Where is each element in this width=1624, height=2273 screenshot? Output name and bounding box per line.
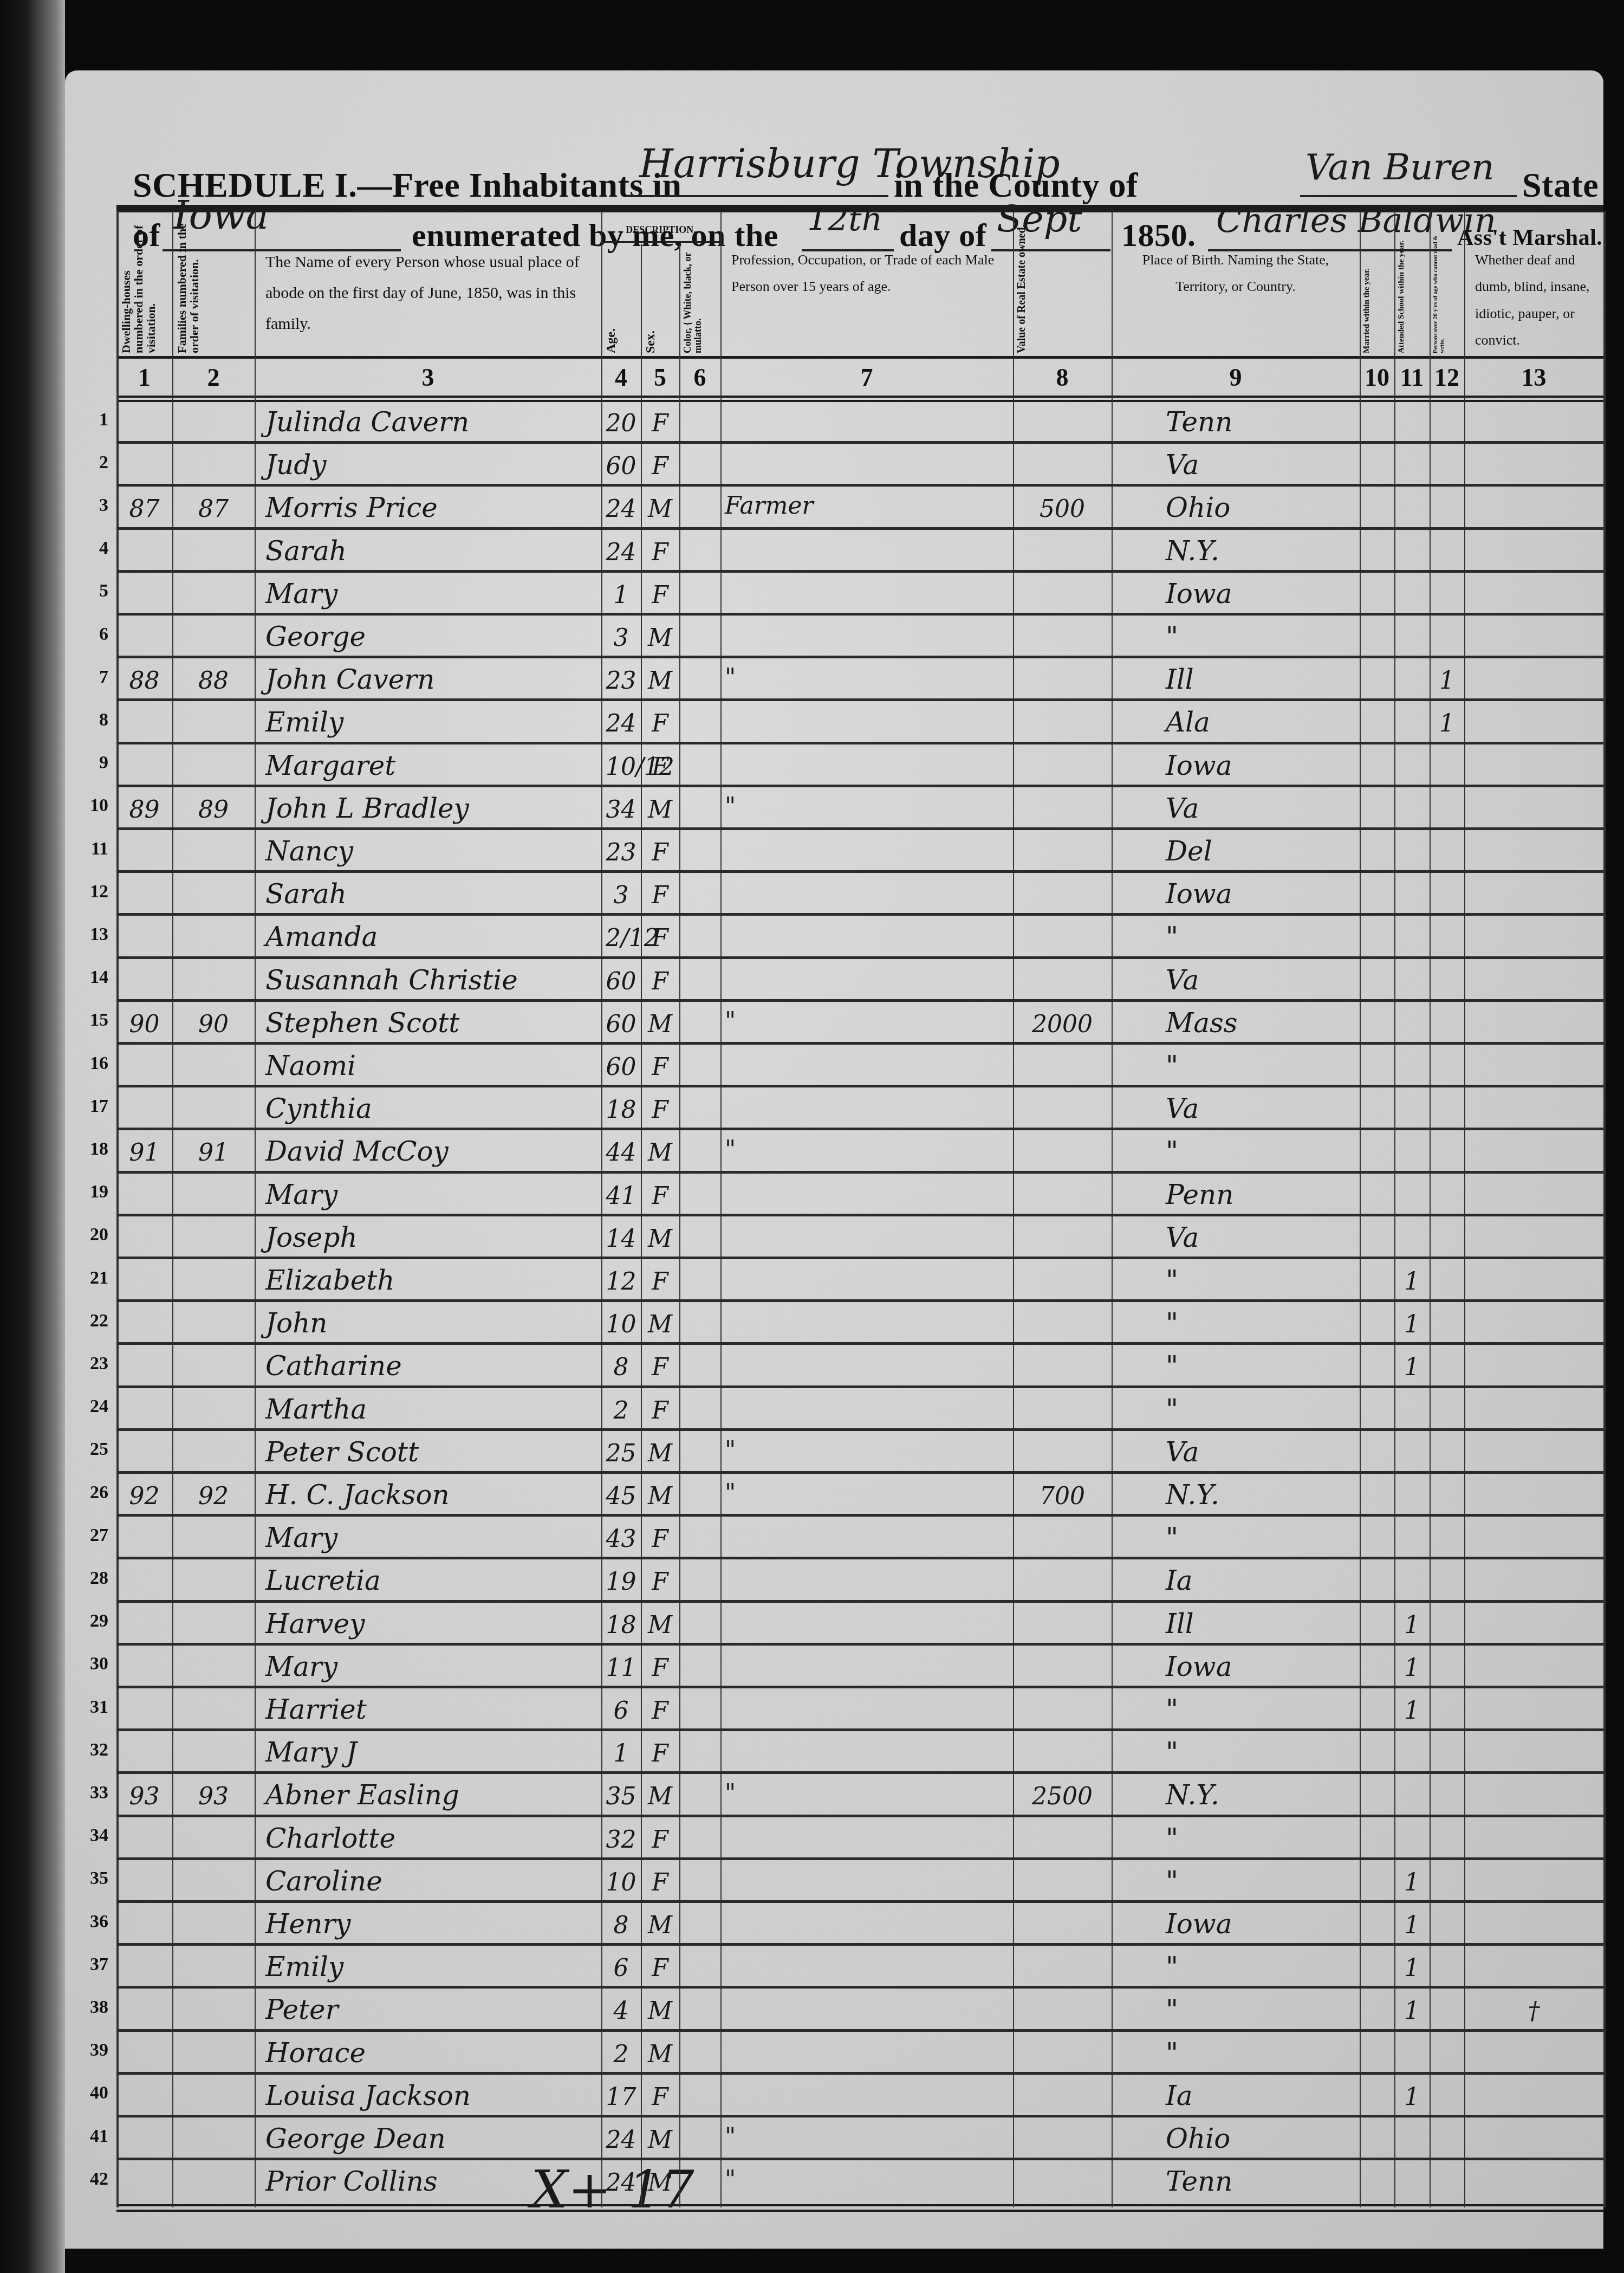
cell-illiterate: 1 <box>1434 710 1460 737</box>
cell-sex: F <box>645 452 675 480</box>
cell-age: 24 <box>606 710 636 737</box>
column-number-8: 8 <box>1013 363 1112 392</box>
line-number: 42 <box>76 2169 108 2190</box>
cell-age: 1 <box>606 581 636 609</box>
cell-sex: M <box>645 1011 675 1038</box>
cell-name: Emily <box>265 1951 601 1983</box>
cell-sex: F <box>645 581 675 609</box>
column-header-12: Persons over 20 y'rs of age who cannot r… <box>1433 219 1461 353</box>
cell-age: 24 <box>606 539 636 566</box>
column-number-11: 11 <box>1394 363 1430 392</box>
column-number-4: 4 <box>601 363 641 392</box>
cell-birthplace: Va <box>1166 1436 1405 1468</box>
cell-birthplace: Va <box>1166 449 1405 481</box>
cell-sex: M <box>645 1482 675 1510</box>
line-number: 17 <box>76 1096 108 1117</box>
cell-name: John <box>265 1307 601 1339</box>
cell-birthplace: Tenn <box>1166 2166 1405 2197</box>
cell-birthplace: Ia <box>1166 2080 1405 2112</box>
column-header-11: Attended School within the year. <box>1398 219 1426 353</box>
cell-sex: F <box>645 1268 675 1296</box>
cell-birthplace: N.Y. <box>1166 1479 1405 1511</box>
cell-sex: F <box>645 1654 675 1682</box>
cell-name: Morris Price <box>265 492 601 523</box>
column-header-2: Families numbered in the order of visita… <box>176 219 251 353</box>
cell-name: Mary <box>265 1522 601 1553</box>
column-number-3: 3 <box>255 363 601 392</box>
cell-age: 23 <box>606 667 636 695</box>
cell-birthplace: Iowa <box>1166 1908 1405 1940</box>
cell-birthplace: " <box>1166 1265 1405 1296</box>
cell-birthplace: Va <box>1166 793 1405 824</box>
cell-sex: F <box>645 710 675 737</box>
cell-name: Naomi <box>265 1050 601 1082</box>
column-number-2: 2 <box>172 363 255 392</box>
cell-birthplace: " <box>1166 1866 1405 1897</box>
cell-name: H. C. Jackson <box>265 1479 601 1511</box>
cell-age: 60 <box>606 1053 636 1081</box>
cell-age: 12 <box>606 1268 636 1296</box>
cell-birthplace: Ala <box>1166 707 1405 738</box>
line-number: 19 <box>76 1182 108 1202</box>
line-number: 3 <box>76 495 108 516</box>
table-bottom-rule-2 <box>116 2210 1603 2212</box>
line-number: 21 <box>76 1268 108 1288</box>
cell-sex: F <box>645 1954 675 1982</box>
cell-occupation: " <box>725 1479 1009 1507</box>
cell-sex: F <box>645 2083 675 2111</box>
line-number: 33 <box>76 1783 108 1803</box>
cell-age: 2 <box>606 2041 636 2068</box>
line-number: 9 <box>76 753 108 773</box>
line-number: 41 <box>76 2126 108 2147</box>
cell-dwelling: 87 <box>121 495 168 523</box>
cell-birthplace: Tenn <box>1166 406 1405 438</box>
line-number: 14 <box>76 967 108 988</box>
cell-name: John Cavern <box>265 664 601 695</box>
cell-age: 60 <box>606 1011 636 1038</box>
cell-dwelling: 91 <box>121 1139 168 1167</box>
cell-birthplace: Ill <box>1166 664 1405 695</box>
cell-family: 89 <box>177 796 250 824</box>
cell-sex: F <box>645 1697 675 1725</box>
cell-occupation: " <box>725 1436 1009 1464</box>
state-label: State <box>1522 165 1599 205</box>
cell-name: Henry <box>265 1908 601 1940</box>
cell-age: 18 <box>606 1611 636 1639</box>
cell-family: 93 <box>177 1783 250 1810</box>
cell-birthplace: " <box>1166 921 1405 953</box>
column-header-7: Profession, Occupation, or Trade of each… <box>731 247 1002 300</box>
cell-birthplace: Iowa <box>1166 750 1405 781</box>
line-number: 40 <box>76 2083 108 2103</box>
cell-name: Lucretia <box>265 1565 601 1596</box>
cell-sex: M <box>645 1783 675 1810</box>
cell-real-estate: 700 <box>1017 1482 1107 1510</box>
cell-sex: F <box>645 1525 675 1553</box>
line-number: 28 <box>76 1568 108 1589</box>
cell-occupation: " <box>725 1007 1009 1035</box>
cell-birthplace: " <box>1166 1350 1405 1382</box>
cell-dwelling: 92 <box>121 1482 168 1510</box>
cell-occupation: " <box>725 2123 1009 2151</box>
cell-birthplace: " <box>1166 1050 1405 1082</box>
cell-school: 1 <box>1399 1954 1425 1982</box>
cell-sex: M <box>645 2041 675 2068</box>
cell-age: 25 <box>606 1440 636 1467</box>
cell-name: Harvey <box>265 1608 601 1640</box>
line-number: 6 <box>76 624 108 645</box>
cell-name: Mary <box>265 1651 601 1682</box>
cell-sex: F <box>645 1053 675 1081</box>
cell-occupation: " <box>725 1136 1009 1163</box>
cell-family: 88 <box>177 667 250 695</box>
column-number-9: 9 <box>1112 363 1360 392</box>
cell-name: Caroline <box>265 1866 601 1897</box>
table-top-rule <box>116 205 1603 212</box>
line-number: 26 <box>76 1482 108 1503</box>
cell-school: 1 <box>1399 1912 1425 1939</box>
cell-age: 60 <box>606 452 636 480</box>
cell-age: 2 <box>606 1397 636 1424</box>
column-number-12: 12 <box>1430 363 1464 392</box>
cell-birthplace: Ia <box>1166 1565 1405 1596</box>
line-number: 24 <box>76 1396 108 1417</box>
cell-name: Stephen Scott <box>265 1007 601 1039</box>
cell-birthplace: " <box>1166 2037 1405 2069</box>
cell-birthplace: Ill <box>1166 1608 1405 1640</box>
cell-birthplace: " <box>1166 1136 1405 1167</box>
cell-age: 8 <box>606 1354 636 1381</box>
line-number: 34 <box>76 1825 108 1846</box>
cell-age: 3 <box>606 882 636 909</box>
cell-occupation: Farmer <box>725 492 1009 520</box>
cell-age: 23 <box>606 839 636 866</box>
cell-name: Mary <box>265 1179 601 1210</box>
cell-sex: M <box>645 1225 675 1253</box>
cell-school: 1 <box>1399 1654 1425 1682</box>
cell-age: 18 <box>606 1096 636 1124</box>
cell-sex: F <box>645 1869 675 1896</box>
cell-age: 10 <box>606 1311 636 1338</box>
cell-age: 6 <box>606 1697 636 1725</box>
cell-age: 45 <box>606 1482 636 1510</box>
cell-sex: F <box>645 924 675 952</box>
cell-name: Mary J <box>265 1737 601 1768</box>
cell-sex: F <box>645 968 675 995</box>
cell-birthplace: Iowa <box>1166 878 1405 910</box>
line-number: 31 <box>76 1697 108 1718</box>
cell-name: Charlotte <box>265 1823 601 1854</box>
cell-occupation: " <box>725 664 1009 691</box>
cell-age: 6 <box>606 1954 636 1982</box>
cell-sex: M <box>645 2126 675 2154</box>
cell-dwelling: 90 <box>121 1011 168 1038</box>
cell-birthplace: Mass <box>1166 1007 1405 1039</box>
cell-sex: F <box>645 839 675 866</box>
line-number: 32 <box>76 1740 108 1760</box>
cell-sex: F <box>645 1740 675 1767</box>
cell-occupation: " <box>725 793 1009 820</box>
cell-birthplace: " <box>1166 621 1405 652</box>
cell-birthplace: N.Y. <box>1166 535 1405 567</box>
column-number-7: 7 <box>720 363 1013 392</box>
line-number: 23 <box>76 1354 108 1374</box>
cell-sex: F <box>645 1354 675 1381</box>
cell-age: 35 <box>606 1783 636 1810</box>
cell-birthplace: " <box>1166 1823 1405 1854</box>
cell-name: Elizabeth <box>265 1265 601 1296</box>
line-number: 38 <box>76 1997 108 2018</box>
cell-age: 44 <box>606 1139 636 1167</box>
description-group-label: DESCRIPTION. <box>601 223 720 236</box>
line-number: 7 <box>76 667 108 688</box>
line-number: 25 <box>76 1439 108 1460</box>
cell-age: 24 <box>606 2126 636 2154</box>
cell-birthplace: Ohio <box>1166 492 1405 523</box>
county-field: Van Buren <box>1305 146 1495 188</box>
column-header-3: The Name of every Person whose usual pla… <box>265 247 590 339</box>
cell-name: George Dean <box>265 2123 601 2154</box>
cell-family: 90 <box>177 1011 250 1038</box>
cell-dwelling: 93 <box>121 1783 168 1810</box>
column-header-13: Whether deaf and dumb, blind, insane, id… <box>1475 247 1593 354</box>
cell-name: Julinda Cavern <box>265 406 601 438</box>
cell-dwelling: 89 <box>121 796 168 824</box>
cell-name: Louisa Jackson <box>265 2080 601 2112</box>
line-number: 15 <box>76 1010 108 1031</box>
cell-sex: F <box>645 539 675 566</box>
cell-age: 60 <box>606 968 636 995</box>
cell-birthplace: " <box>1166 1694 1405 1725</box>
cell-name: Harriet <box>265 1694 601 1725</box>
line-number: 27 <box>76 1525 108 1546</box>
cell-school: 1 <box>1399 1869 1425 1896</box>
cell-name: John L Bradley <box>265 793 601 824</box>
line-number: 30 <box>76 1654 108 1674</box>
line-number: 10 <box>76 795 108 816</box>
cell-age: 2/12 <box>606 924 636 952</box>
column-header-4: Age. <box>605 247 638 353</box>
table-bottom-rule <box>116 2204 1603 2206</box>
column-header-6: Color, { White, black, or mulatto. <box>683 247 717 353</box>
cell-birthplace: " <box>1166 1394 1405 1425</box>
cell-sex: F <box>645 882 675 909</box>
cell-birthplace: Iowa <box>1166 1651 1405 1682</box>
cell-name: Nancy <box>265 836 601 867</box>
cell-sex: F <box>645 1096 675 1124</box>
line-number: 11 <box>76 839 108 859</box>
cell-name: Amanda <box>265 921 601 953</box>
cell-name: Susannah Christie <box>265 964 601 996</box>
line-number: 4 <box>76 538 108 559</box>
column-number-1: 1 <box>116 363 172 392</box>
cell-school: 1 <box>1399 1268 1425 1296</box>
cell-age: 24 <box>606 2169 636 2197</box>
line-number: 18 <box>76 1139 108 1160</box>
cell-birthplace: " <box>1166 1737 1405 1768</box>
cell-sex: F <box>645 1397 675 1424</box>
cell-school: 1 <box>1399 1697 1425 1725</box>
header-rule <box>116 356 1603 359</box>
cell-name: Sarah <box>265 535 601 567</box>
column-header-5: Sex. <box>644 247 676 353</box>
cell-name: Horace <box>265 2037 601 2069</box>
cell-name: Peter <box>265 1994 601 2025</box>
cell-birthplace: Iowa <box>1166 578 1405 610</box>
cell-age: 10 <box>606 1869 636 1896</box>
cell-name: Prior Collins <box>265 2166 601 2197</box>
cell-name: Peter Scott <box>265 1436 601 1468</box>
cell-dwelling: 88 <box>121 667 168 695</box>
cell-family: 87 <box>177 495 250 523</box>
cell-sex: M <box>645 495 675 523</box>
cell-sex: F <box>645 410 675 437</box>
cell-age: 4 <box>606 1997 636 2025</box>
cell-age: 34 <box>606 796 636 824</box>
cell-family: 92 <box>177 1482 250 1510</box>
cell-birthplace: Va <box>1166 1222 1405 1253</box>
cell-occupation: " <box>725 1779 1009 1807</box>
cell-sex: M <box>645 1611 675 1639</box>
cell-sex: M <box>645 1311 675 1338</box>
line-number: 29 <box>76 1611 108 1631</box>
cell-age: 19 <box>606 1568 636 1596</box>
column-number-13: 13 <box>1464 363 1603 392</box>
line-number: 36 <box>76 1912 108 1932</box>
cell-birthplace: N.Y. <box>1166 1779 1405 1811</box>
cell-occupation: " <box>725 2166 1009 2193</box>
cell-birthplace: Va <box>1166 964 1405 996</box>
cell-real-estate: 500 <box>1017 495 1107 523</box>
cell-name: Cynthia <box>265 1093 601 1124</box>
cell-age: 24 <box>606 495 636 523</box>
cell-birthplace: " <box>1166 1307 1405 1339</box>
cell-birthplace: " <box>1166 1951 1405 1983</box>
cell-name: Mary <box>265 578 601 610</box>
line-number: 20 <box>76 1225 108 1245</box>
line-number: 37 <box>76 1954 108 1975</box>
cell-age: 1 <box>606 1740 636 1767</box>
cell-name: Joseph <box>265 1222 601 1253</box>
cell-sex: M <box>645 2169 675 2197</box>
cell-name: Emily <box>265 707 601 738</box>
film-edge <box>0 0 65 2273</box>
cell-name: Abner Easling <box>265 1779 601 1811</box>
column-number-5: 5 <box>641 363 679 392</box>
cell-sex: M <box>645 1997 675 2025</box>
cell-name: Catharine <box>265 1350 601 1382</box>
cell-school: 1 <box>1399 1354 1425 1381</box>
cell-sex: M <box>645 1139 675 1167</box>
cell-real-estate: 2500 <box>1017 1783 1107 1810</box>
cell-sex: M <box>645 1912 675 1939</box>
column-number-10: 10 <box>1360 363 1394 392</box>
column-header-8: Value of Real Estate owned. <box>1016 219 1108 353</box>
cell-school: 1 <box>1399 1611 1425 1639</box>
line-number: 5 <box>76 581 108 601</box>
cell-sex: F <box>645 1182 675 1210</box>
line-number: 35 <box>76 1868 108 1889</box>
cell-school: 1 <box>1399 1997 1425 2025</box>
line-number: 1 <box>76 410 108 430</box>
cell-name: David McCoy <box>265 1136 601 1167</box>
cell-sex: M <box>645 1440 675 1467</box>
cell-family: 91 <box>177 1139 250 1167</box>
line-number: 13 <box>76 924 108 945</box>
cell-sex: F <box>645 753 675 781</box>
cell-birthplace: Ohio <box>1166 2123 1405 2154</box>
cell-name: Margaret <box>265 750 601 781</box>
cell-real-estate: 2000 <box>1017 1011 1107 1038</box>
cell-birthplace: " <box>1166 1994 1405 2025</box>
cell-age: 17 <box>606 2083 636 2111</box>
cell-age: 3 <box>606 624 636 652</box>
cell-age: 8 <box>606 1912 636 1939</box>
cell-age: 43 <box>606 1525 636 1553</box>
cell-age: 41 <box>606 1182 636 1210</box>
number-rule <box>116 396 1603 398</box>
cell-sex: M <box>645 796 675 824</box>
line-number: 39 <box>76 2040 108 2061</box>
cell-age: 14 <box>606 1225 636 1253</box>
cell-age: 32 <box>606 1826 636 1854</box>
cell-age: 11 <box>606 1654 636 1682</box>
cell-sex: M <box>645 624 675 652</box>
cell-sex: F <box>645 1568 675 1596</box>
column-divider <box>1603 211 1606 2207</box>
cell-sex: M <box>645 667 675 695</box>
column-header-10: Married within the year. <box>1363 219 1391 353</box>
column-number-6: 6 <box>679 363 720 392</box>
cell-birthplace: Va <box>1166 1093 1405 1124</box>
cell-sex: F <box>645 1826 675 1854</box>
cell-age: 10/12 <box>606 753 636 781</box>
line-number: 12 <box>76 882 108 902</box>
cell-school: 1 <box>1399 2083 1425 2111</box>
cell-age: 20 <box>606 410 636 437</box>
census-page: SCHEDULE I.—Free Inhabitants in Harrisbu… <box>65 70 1603 2249</box>
description-rule <box>601 241 720 243</box>
cell-birthplace: Penn <box>1166 1179 1405 1210</box>
cell-birthplace: Del <box>1166 836 1405 867</box>
line-number: 22 <box>76 1311 108 1331</box>
line-number: 8 <box>76 710 108 730</box>
column-header-9: Place of Birth. Naming the State, Territ… <box>1122 247 1349 300</box>
cell-name: Martha <box>265 1394 601 1425</box>
line-number: 16 <box>76 1053 108 1074</box>
cell-illiterate: 1 <box>1434 667 1460 695</box>
line-number: 2 <box>76 452 108 473</box>
cell-name: Sarah <box>265 878 601 910</box>
cell-condition: † <box>1469 1997 1599 2025</box>
cell-school: 1 <box>1399 1311 1425 1338</box>
column-header-1: Dwelling-houses numbered in the order of… <box>120 219 169 353</box>
cell-name: Judy <box>265 449 601 481</box>
cell-birthplace: " <box>1166 1522 1405 1553</box>
cell-name: George <box>265 621 601 652</box>
